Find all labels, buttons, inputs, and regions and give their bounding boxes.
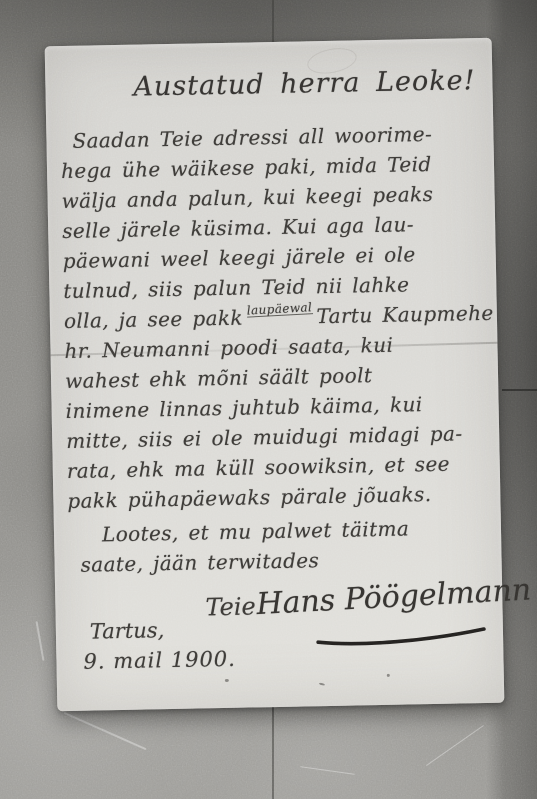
letter-date: 9. mail 1900. (83, 647, 236, 674)
signature-prefix: Teie (205, 592, 256, 621)
letter-closing: Lootes, et mu palwet täitma saate, jään … (54, 512, 502, 581)
photograph-of-letter: Austatud herra Leoke! Saadan Teie adress… (0, 0, 537, 799)
signature-area: Teie Hans Pöögelmann Tartus, 9. mail 190… (55, 572, 505, 751)
inserted-word: laupäewal (246, 301, 312, 318)
backdrop-seam-line (272, 0, 274, 46)
letter-paper: Austatud herra Leoke! Saadan Teie adress… (45, 38, 505, 711)
line-segment-before: olla, ja see pakk (64, 306, 243, 333)
signature-flourish (314, 626, 490, 647)
signature: Hans Pöögelmann (256, 572, 532, 622)
letter-place: Tartus, (90, 618, 165, 643)
letter-body: Saadan Teie adressi all woorime- hega üh… (46, 118, 500, 517)
line-segment-after: Tartu Kaupmehe (316, 301, 494, 328)
backdrop-dark-mark (502, 389, 537, 391)
